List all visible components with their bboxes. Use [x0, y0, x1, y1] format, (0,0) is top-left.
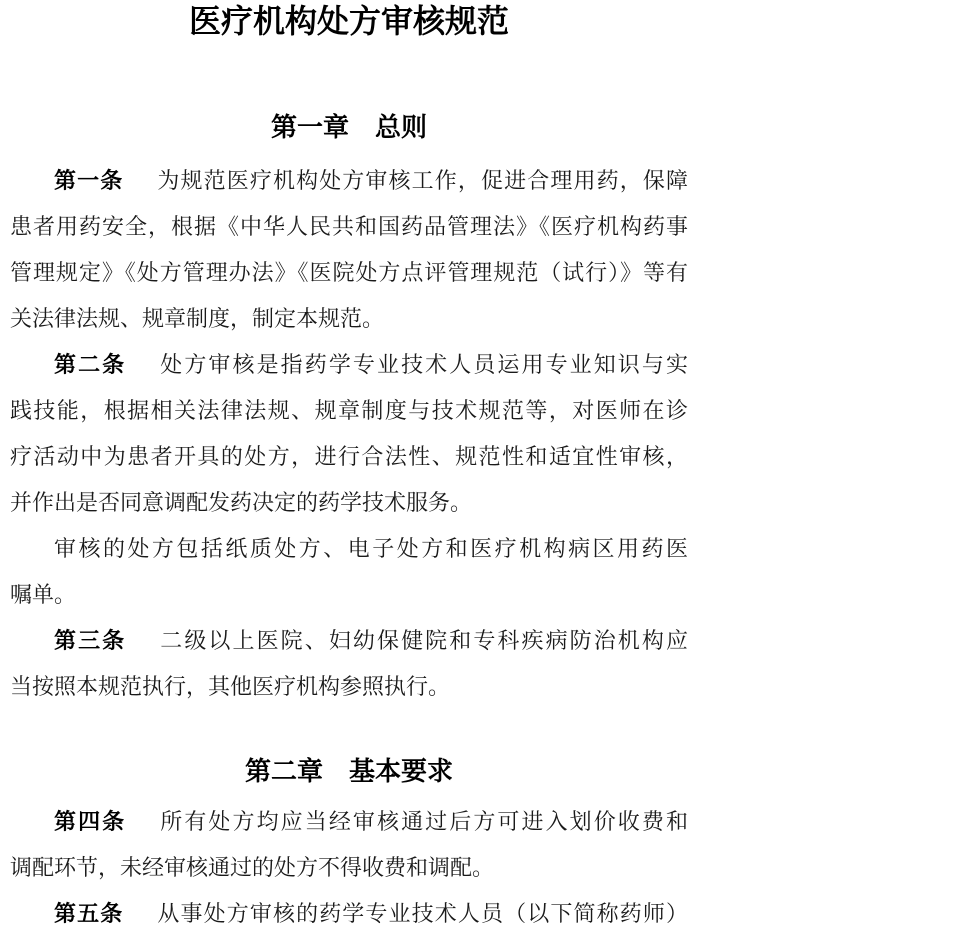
text-line: 第一条为规范医疗机构处方审核工作，促进合理用药，保障	[10, 158, 688, 204]
line-text: 并作出是否同意调配发药决定的药学技术服务。	[10, 490, 472, 515]
text-line: 嘱单。	[10, 572, 688, 618]
line-text: 嘱单。	[10, 582, 76, 607]
text-line: 第五条从事处方审核的药学专业技术人员（以下简称药师）	[10, 891, 688, 929]
chapter-articles: 第四条所有处方均应当经审核通过后方可进入划价收费和 调配环节，未经审核通过的处方…	[10, 799, 688, 929]
text-line: 审核的处方包括纸质处方、电子处方和医疗机构病区用药医	[10, 526, 688, 572]
line-text: 处方审核是指药学专业技术人员运用专业知识与实	[160, 352, 688, 377]
chapter-heading: 第一章 总则	[10, 105, 688, 151]
line-text: 审核的处方包括纸质处方、电子处方和医疗机构病区用药医	[54, 536, 688, 561]
article-number: 第四条	[54, 809, 126, 834]
article-number: 第一条	[54, 168, 123, 193]
line-text: 践技能，根据相关法律法规、规章制度与技术规范等，对医师在诊	[10, 398, 688, 423]
chapter-section: 第一章 总则 第一条为规范医疗机构处方审核工作，促进合理用药，保障 患者用药安全…	[10, 105, 688, 710]
text-line: 第三条二级以上医院、妇幼保健院和专科疾病防治机构应	[10, 618, 688, 664]
line-text: 从事处方审核的药学专业技术人员（以下简称药师）	[157, 901, 688, 926]
text-line: 管理规定》《处方管理办法》《医院处方点评管理规范（试行）》等有	[10, 250, 688, 296]
document-page: 医疗机构处方审核规范 第一章 总则 第一条为规范医疗机构处方审核工作，促进合理用…	[0, 0, 960, 929]
line-text: 调配环节，未经审核通过的处方不得收费和调配。	[10, 855, 494, 880]
line-text: 管理规定》《处方管理办法》《医院处方点评管理规范（试行）》等有	[10, 260, 688, 285]
text-line: 疗活动中为患者开具的处方，进行合法性、规范性和适宜性审核，	[10, 434, 688, 480]
document-body: 第一章 总则 第一条为规范医疗机构处方审核工作，促进合理用药，保障 患者用药安全…	[10, 105, 688, 929]
text-line: 并作出是否同意调配发药决定的药学技术服务。	[10, 480, 688, 526]
line-text: 为规范医疗机构处方审核工作，促进合理用药，保障	[157, 168, 688, 193]
chapter-articles: 第一条为规范医疗机构处方审核工作，促进合理用药，保障 患者用药安全，根据《中华人…	[10, 158, 688, 710]
chapter-heading: 第二章 基本要求	[10, 749, 688, 795]
article-number: 第三条	[54, 628, 126, 653]
text-line: 关法律法规、规章制度，制定本规范。	[10, 296, 688, 342]
document-text-column: 医疗机构处方审核规范 第一章 总则 第一条为规范医疗机构处方审核工作，促进合理用…	[10, 0, 688, 929]
line-text: 当按照本规范执行，其他医疗机构参照执行。	[10, 674, 450, 699]
line-text: 二级以上医院、妇幼保健院和专科疾病防治机构应	[160, 628, 688, 653]
article-number: 第五条	[54, 901, 123, 926]
text-line: 调配环节，未经审核通过的处方不得收费和调配。	[10, 845, 688, 891]
line-text: 患者用药安全，根据《中华人民共和国药品管理法》《医疗机构药事	[10, 214, 688, 239]
text-line: 践技能，根据相关法律法规、规章制度与技术规范等，对医师在诊	[10, 388, 688, 434]
line-text: 关法律法规、规章制度，制定本规范。	[10, 306, 384, 331]
article-number: 第二条	[54, 352, 126, 377]
text-line: 患者用药安全，根据《中华人民共和国药品管理法》《医疗机构药事	[10, 204, 688, 250]
line-text: 疗活动中为患者开具的处方，进行合法性、规范性和适宜性审核，	[10, 444, 688, 469]
line-text: 所有处方均应当经审核通过后方可进入划价收费和	[160, 809, 688, 834]
chapter-section: 第二章 基本要求 第四条所有处方均应当经审核通过后方可进入划价收费和 调配环节，…	[10, 749, 688, 929]
text-line: 当按照本规范执行，其他医疗机构参照执行。	[10, 664, 688, 710]
text-line: 第四条所有处方均应当经审核通过后方可进入划价收费和	[10, 799, 688, 845]
text-line: 第二条处方审核是指药学专业技术人员运用专业知识与实	[10, 342, 688, 388]
document-title: 医疗机构处方审核规范	[10, 0, 688, 42]
